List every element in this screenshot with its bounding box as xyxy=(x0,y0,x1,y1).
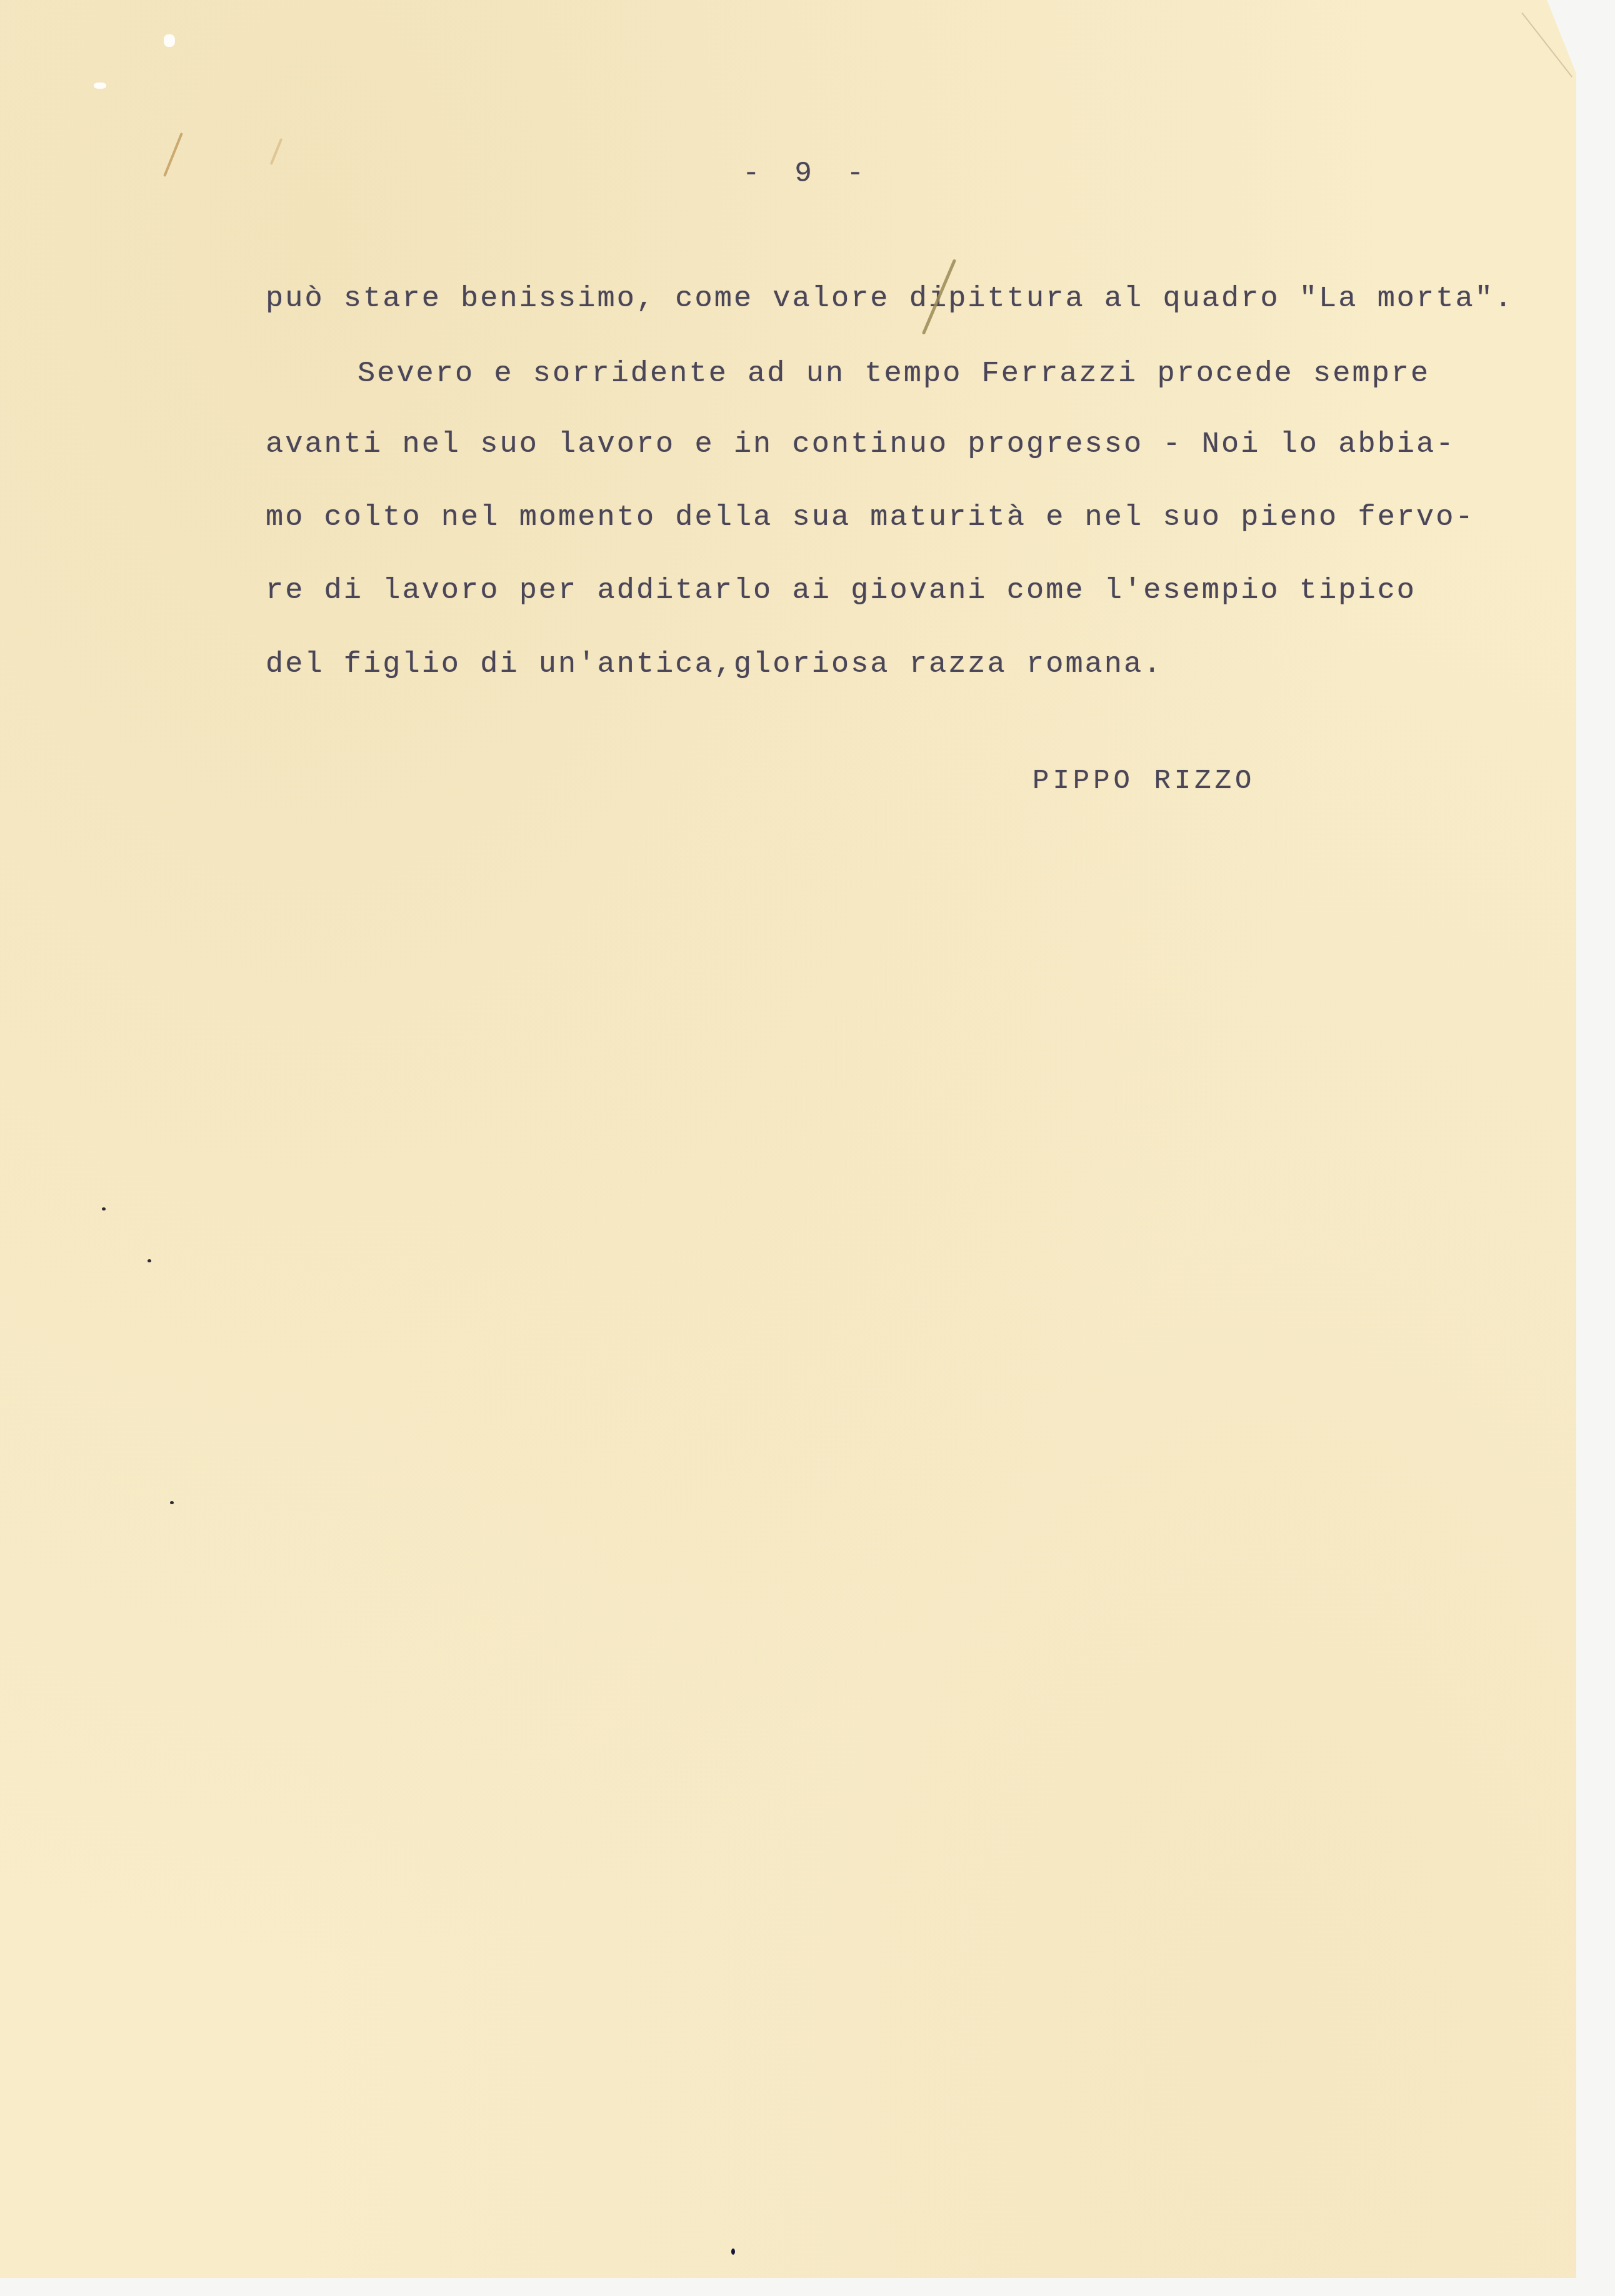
ink-speck xyxy=(102,1207,106,1210)
text-line-2: Severo e sorridente ad un tempo Ferrazzi… xyxy=(357,359,1430,389)
paper-hole xyxy=(94,82,106,89)
typewritten-page: - 9 - può stare benissimo, come valore d… xyxy=(0,0,1576,2278)
text-line-6: del figlio di un'antica,gloriosa razza r… xyxy=(266,650,1162,679)
text-line-1: può stare benissimo, come valore dipittu… xyxy=(266,284,1514,314)
author-signature: PIPPO RIZZO xyxy=(1032,767,1255,795)
paper-hole xyxy=(164,34,175,47)
page-number: - 9 - xyxy=(742,159,872,188)
text-line-4: mo colto nel momento della sua maturità … xyxy=(266,503,1475,532)
text-line-3: avanti nel suo lavoro e in continuo prog… xyxy=(266,430,1455,459)
folded-corner-crease xyxy=(1521,12,1572,77)
ink-speck xyxy=(170,1501,174,1504)
text-line-5: re di lavoro per additarlo ai giovani co… xyxy=(266,576,1416,606)
rust-stain xyxy=(163,132,183,177)
ink-speck xyxy=(731,2249,735,2255)
rust-stain xyxy=(270,138,283,165)
ink-speck xyxy=(147,1259,151,1262)
